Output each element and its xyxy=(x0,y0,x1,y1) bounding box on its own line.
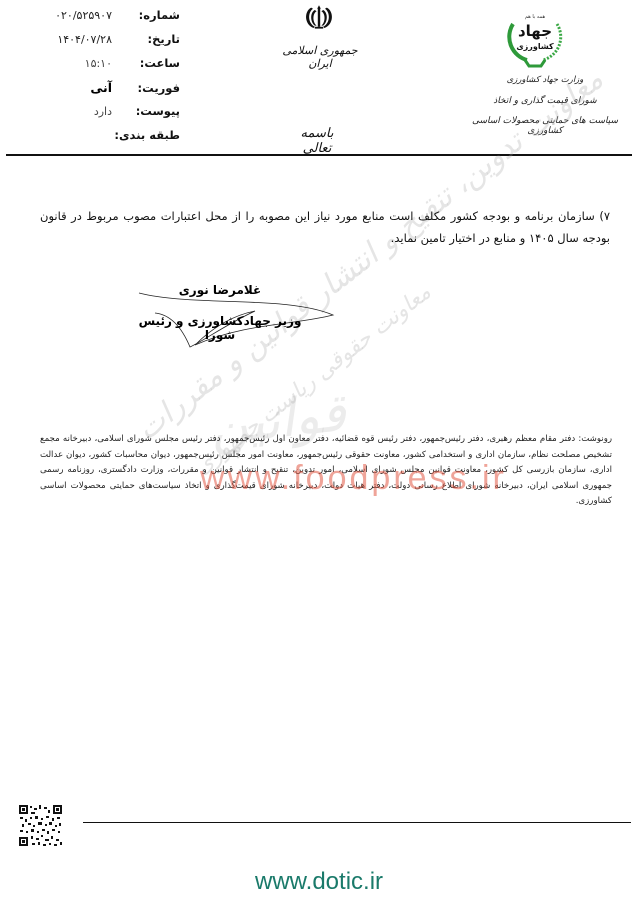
qr-code-icon xyxy=(18,804,63,847)
meta-urgency-value: آنی xyxy=(30,80,120,95)
council-caption-line2: سیاست های حمایتی محصولات اساسی کشاورزی xyxy=(470,116,620,136)
meta-classification: طبقه بندی: xyxy=(30,128,180,152)
body-paragraph: ۷) سازمان برنامه و بودجه کشور مکلف است م… xyxy=(40,205,610,249)
meta-date: تاریخ: ۱۴۰۴/۰۷/۲۸ xyxy=(30,32,180,56)
meta-classification-label: طبقه بندی: xyxy=(100,128,180,142)
svg-text:همه با هم: همه با هم xyxy=(525,14,546,20)
bismillah: باسمه تعالی xyxy=(292,126,342,156)
svg-text:جهاد: جهاد xyxy=(518,22,552,40)
council-caption-line1: شورای قیمت گذاری و اتخاذ xyxy=(470,96,620,106)
meta-attachment-label: پیوست: xyxy=(120,104,180,118)
header-divider xyxy=(6,154,632,156)
signatory-name: غلامرضا نوری xyxy=(175,283,265,297)
meta-number-label: شماره: xyxy=(120,8,180,22)
meta-date-value: ۱۴۰۴/۰۷/۲۸ xyxy=(30,33,120,46)
emblem-caption: جمهوری اسلامی ایران xyxy=(270,44,370,70)
svg-text:کشاورزی: کشاورزی xyxy=(516,42,554,51)
meta-number: شماره: ۰۲۰/۵۲۵۹۰۷ xyxy=(30,8,180,32)
footer-website-link[interactable]: www.dotic.ir xyxy=(0,868,638,896)
meta-urgency-label: فوریت: xyxy=(120,81,180,95)
meta-time-label: ساعت: xyxy=(120,56,180,70)
meta-attachment: پیوست: دارد xyxy=(30,104,180,128)
document-page: شماره: ۰۲۰/۵۲۵۹۰۷ تاریخ: ۱۴۰۴/۰۷/۲۸ ساعت… xyxy=(0,0,638,900)
footer-divider xyxy=(83,822,631,823)
meta-date-label: تاریخ: xyxy=(120,32,180,46)
meta-urgency: فوریت: آنی xyxy=(30,80,180,104)
meta-attachment-value: دارد xyxy=(30,105,120,118)
signatory-title: وزیر جهادکشاورزی و رئیس شورا xyxy=(130,314,310,342)
iran-emblem-icon xyxy=(282,4,356,46)
meta-number-value: ۰۲۰/۵۲۵۹۰۷ xyxy=(30,9,120,22)
jahad-keshavarzi-logo-icon: همه با هم جهاد کشاورزی xyxy=(505,4,565,68)
cc-list: رونوشت: دفتر مقام معظم رهبری، دفتر رئیس‌… xyxy=(40,432,612,510)
letter-meta: شماره: ۰۲۰/۵۲۵۹۰۷ تاریخ: ۱۴۰۴/۰۷/۲۸ ساعت… xyxy=(30,8,180,152)
meta-time: ساعت: ۱۵:۱۰ xyxy=(30,56,180,80)
meta-time-value: ۱۵:۱۰ xyxy=(30,57,120,70)
ministry-caption: وزارت جهاد کشاورزی xyxy=(470,75,620,85)
